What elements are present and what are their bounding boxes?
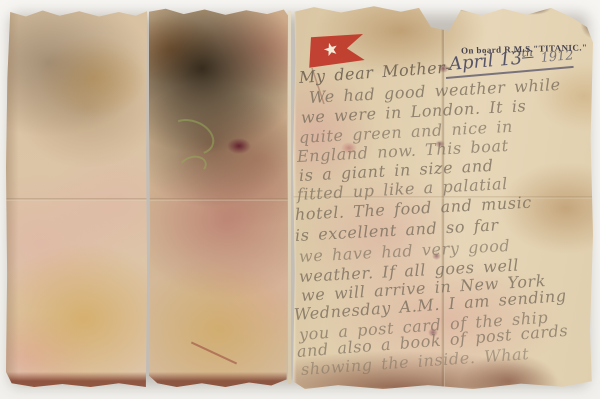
torn-page-edge [288,11,291,384]
dark-stain-spot [227,138,251,154]
photo-backdrop: On board R.M.S."TITANIC." April 13th1912… [0,0,600,399]
fold-crease-horizontal [6,198,147,201]
letter-back-right-panel [149,8,288,387]
green-mark [163,113,220,161]
green-mark [177,153,209,180]
fold-crease-horizontal [149,198,288,201]
letter-front-page: On board R.M.S."TITANIC." April 13th1912… [293,4,593,389]
date-ordinal: th [521,46,534,60]
letter-back-left-panel [6,9,147,387]
red-streak [191,342,237,365]
date-year: 1912 [540,48,574,66]
